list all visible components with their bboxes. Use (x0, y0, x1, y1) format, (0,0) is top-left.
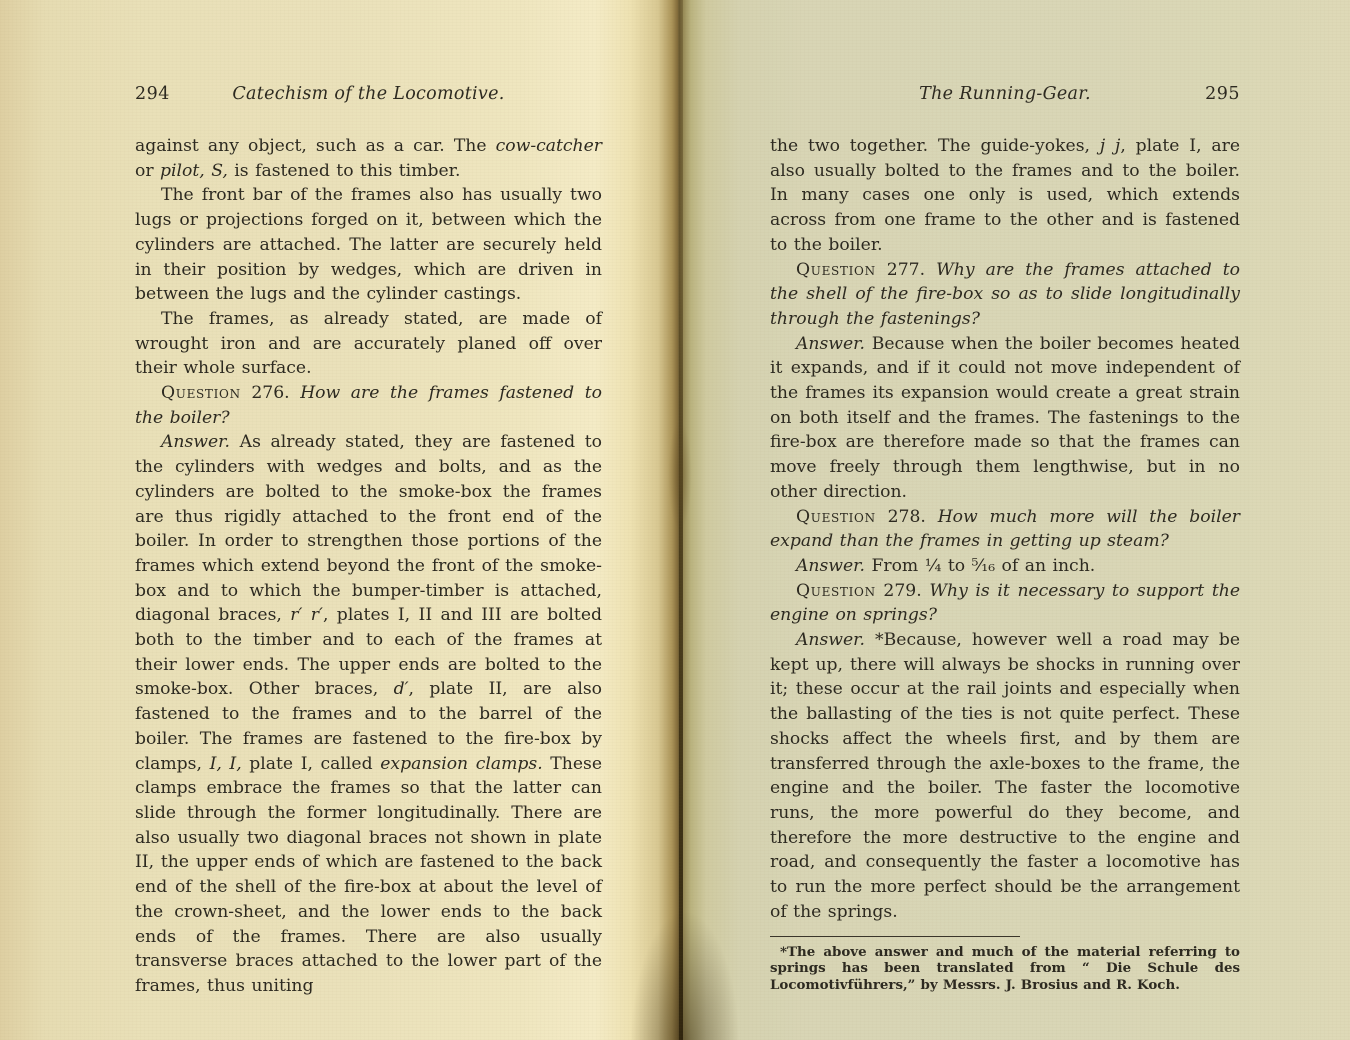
left-page-text: against any object, such as a car. The c… (135, 134, 602, 999)
right-page-number: 295 (1205, 84, 1240, 104)
paragraph: Answer. *Because, however well a road ma… (770, 628, 1240, 924)
right-page-header: The Running-Gear. 295 (770, 84, 1240, 110)
paragraph: The frames, as already stated, are made … (135, 307, 602, 381)
paragraph: Question 279. Why is it necessary to sup… (770, 579, 1240, 628)
right-page-text: the two together. The guide-yokes, j j, … (770, 134, 1240, 925)
left-running-title: Catechism of the Locomotive. (135, 84, 602, 104)
paragraph: Question 276. How are the frames fastene… (135, 381, 602, 430)
paragraph: Question 278. How much more will the boi… (770, 505, 1240, 554)
paragraph: Answer. As already stated, they are fast… (135, 430, 602, 998)
left-page: 294 Catechism of the Locomotive. against… (0, 0, 678, 1040)
footnote-text: *The above answer and much of the materi… (770, 944, 1240, 994)
paragraph: Answer. From ¼ to ⁵⁄₁₆ of an inch. (770, 554, 1240, 579)
right-running-title: The Running-Gear. (770, 84, 1240, 104)
left-page-header: 294 Catechism of the Locomotive. (135, 84, 602, 110)
footnote-rule (770, 936, 1020, 937)
book-scan: { "colors": { "paper_left": "#eae1ba", "… (0, 0, 1350, 1040)
paragraph: Answer. Because when the boiler becomes … (770, 332, 1240, 505)
paragraph: the two together. The guide-yokes, j j, … (770, 134, 1240, 258)
paragraph: The front bar of the frames also has usu… (135, 183, 602, 307)
right-page: The Running-Gear. 295 the two together. … (678, 0, 1350, 1040)
paragraph: Question 277. Why are the frames attache… (770, 258, 1240, 332)
left-page-number: 294 (135, 84, 170, 104)
footnote-block: *The above answer and much of the materi… (770, 936, 1240, 994)
paragraph: against any object, such as a car. The c… (135, 134, 602, 183)
